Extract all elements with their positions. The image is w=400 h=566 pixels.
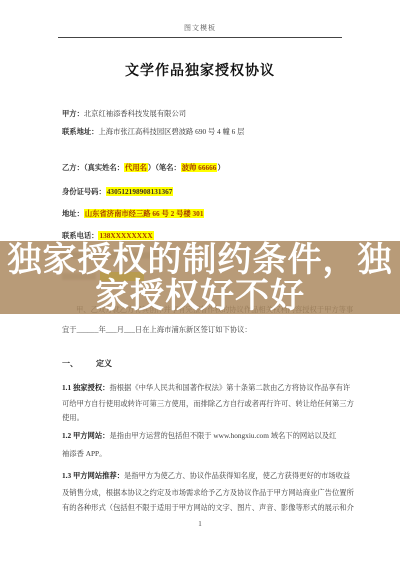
page-number: 1	[0, 520, 400, 528]
header-note: 图文模板	[0, 23, 400, 33]
clause-1-3-text-1: 是指甲方为使乙方、协议作品获得知名度，使乙方获得更好的市场收益	[124, 471, 350, 480]
section-heading-number: 一、	[62, 359, 78, 368]
id-label: 身份证号码：	[62, 187, 106, 196]
clause-1-3-line-1: 1.3 甲方网站推荐：是指甲方为使乙方、协议作品获得知名度，使乙方获得更好的市场…	[62, 471, 350, 481]
clause-1-1-line-2: 可给甲方自行使用或转许可第三方使用，而排除乙方自行或者再行许可、转让给任何第三方	[62, 399, 354, 409]
party-b-id-line: 身份证号码：430512198908131367	[62, 186, 173, 197]
clause-1-1-text-1: 指根据《中华人民共和国著作权法》第十条第二款由乙方将协议作品享有许	[109, 383, 350, 392]
clause-1-1-label: 1.1 独家授权：	[62, 383, 109, 392]
id-number: 430512198908131367	[106, 187, 174, 196]
headline-text: 独家授权的制约条件，独家授权好不好	[4, 242, 396, 314]
party-a-address-line: 联系地址：上海市张江高科技园区碧波路 690 号 4 幢 6 层	[62, 126, 244, 137]
party-b-real-name: 代用名	[124, 163, 148, 172]
document-page: 图文模板 文学作品独家授权协议 甲方：北京红袖添香科技发展有限公司 联系地址：上…	[0, 0, 400, 566]
section-heading-text: 定义	[96, 359, 112, 368]
party-b-pen-name: 波帅 66666	[181, 163, 218, 172]
section-heading: 一、定义	[62, 358, 112, 369]
headline-overlay: 独家授权的制约条件，独家授权好不好	[0, 241, 400, 314]
party-a-name: 北京红袖添香科技发展有限公司	[84, 109, 186, 118]
header-divider	[58, 37, 342, 38]
clause-1-2-line-2: 袖添香 APP。	[62, 449, 106, 459]
party-b-address-line: 地址：山东省济南市经三路 66 号 2 号楼 301	[62, 208, 204, 219]
party-a-label: 甲方：	[62, 109, 84, 118]
party-b-label: 乙方：（真实姓名：	[62, 163, 124, 172]
intro-line-2: 宜于______年___月___日在上海市浦东新区签订如下协议：	[62, 325, 252, 335]
party-a-address-label: 联系地址：	[62, 127, 98, 136]
clause-1-3-line-3: 有的各种形式（包括但不限于适用于甲方网站的文字、图片、声音、影像等形式的展示和介	[62, 503, 354, 513]
party-b-name-line: 乙方：（真实姓名：代用名）（笔名：波帅 66666）	[62, 162, 225, 173]
clause-1-2-text-1: 是指由甲方运营的包括但不限于 www.hongxiu.com 域名下的网站以及红	[109, 431, 336, 440]
party-a-address: 上海市张江高科技园区碧波路 690 号 4 幢 6 层	[98, 127, 244, 136]
clause-1-2-line-1: 1.2 甲方网站：是指由甲方运营的包括但不限于 www.hongxiu.com …	[62, 431, 336, 441]
phone-number: 138XXXXXXXX	[98, 231, 153, 240]
doc-title: 文学作品独家授权协议	[0, 60, 400, 80]
clause-1-1-line-3: 使用。	[62, 413, 84, 423]
clause-1-1-line-1: 1.1 独家授权：指根据《中华人民共和国著作权法》第十条第二款由乙方将协议作品享…	[62, 383, 350, 393]
phone-label: 联系电话：	[62, 231, 98, 240]
party-b-penname-label: ）（笔名：	[148, 163, 181, 172]
clause-1-2-label: 1.2 甲方网站：	[62, 431, 109, 440]
party-b-address: 山东省济南市经三路 66 号 2 号楼 301	[84, 209, 205, 218]
clause-1-3-line-2: 及销售分成，根据本协议之约定及市场需求给予乙方及协议作品于甲方网站商业广告位置所	[62, 488, 354, 498]
party-b-address-label: 地址：	[62, 209, 84, 218]
party-a-name-line: 甲方：北京红袖添香科技发展有限公司	[62, 108, 186, 119]
party-b-close-paren: ）	[217, 163, 224, 172]
clause-1-3-label: 1.3 甲方网站推荐：	[62, 471, 124, 480]
